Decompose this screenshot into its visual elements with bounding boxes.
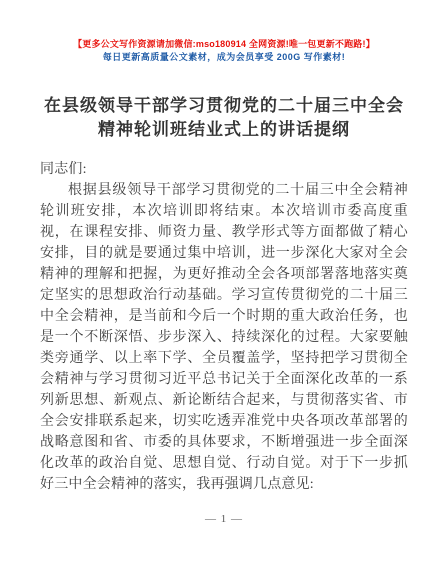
promo-line-membership: 每日更新高质量公文素材，成为会员享受 200G 写作素材! xyxy=(0,51,448,64)
salutation: 同志们: xyxy=(40,159,408,180)
document-title-line2: 精神轮训班结业式上的讲话提纲 xyxy=(0,118,448,142)
promo-banner: 【更多公文写作资源请加微信:mso180914 全网资源!唯一包更新不跑路!】 … xyxy=(0,0,448,64)
document-title-line1: 在县级领导干部学习贯彻党的二十届三中全会 xyxy=(0,94,448,118)
document-page: 【更多公文写作资源请加微信:mso180914 全网资源!唯一包更新不跑路!】 … xyxy=(0,0,448,580)
document-body: 同志们: 根据县级领导干部学习贯彻党的二十届三中全会精神轮训班安排，本次培训即将… xyxy=(40,159,408,495)
promo-line-wechat: 【更多公文写作资源请加微信:mso180914 全网资源!唯一包更新不跑路!】 xyxy=(0,38,448,51)
document-title: 在县级领导干部学习贯彻党的二十届三中全会 精神轮训班结业式上的讲话提纲 xyxy=(0,94,448,142)
page-number: — 1 — xyxy=(0,513,448,525)
body-paragraph: 根据县级领导干部学习贯彻党的二十届三中全会精神轮训班安排，本次培训即将结束。本次… xyxy=(40,180,408,495)
